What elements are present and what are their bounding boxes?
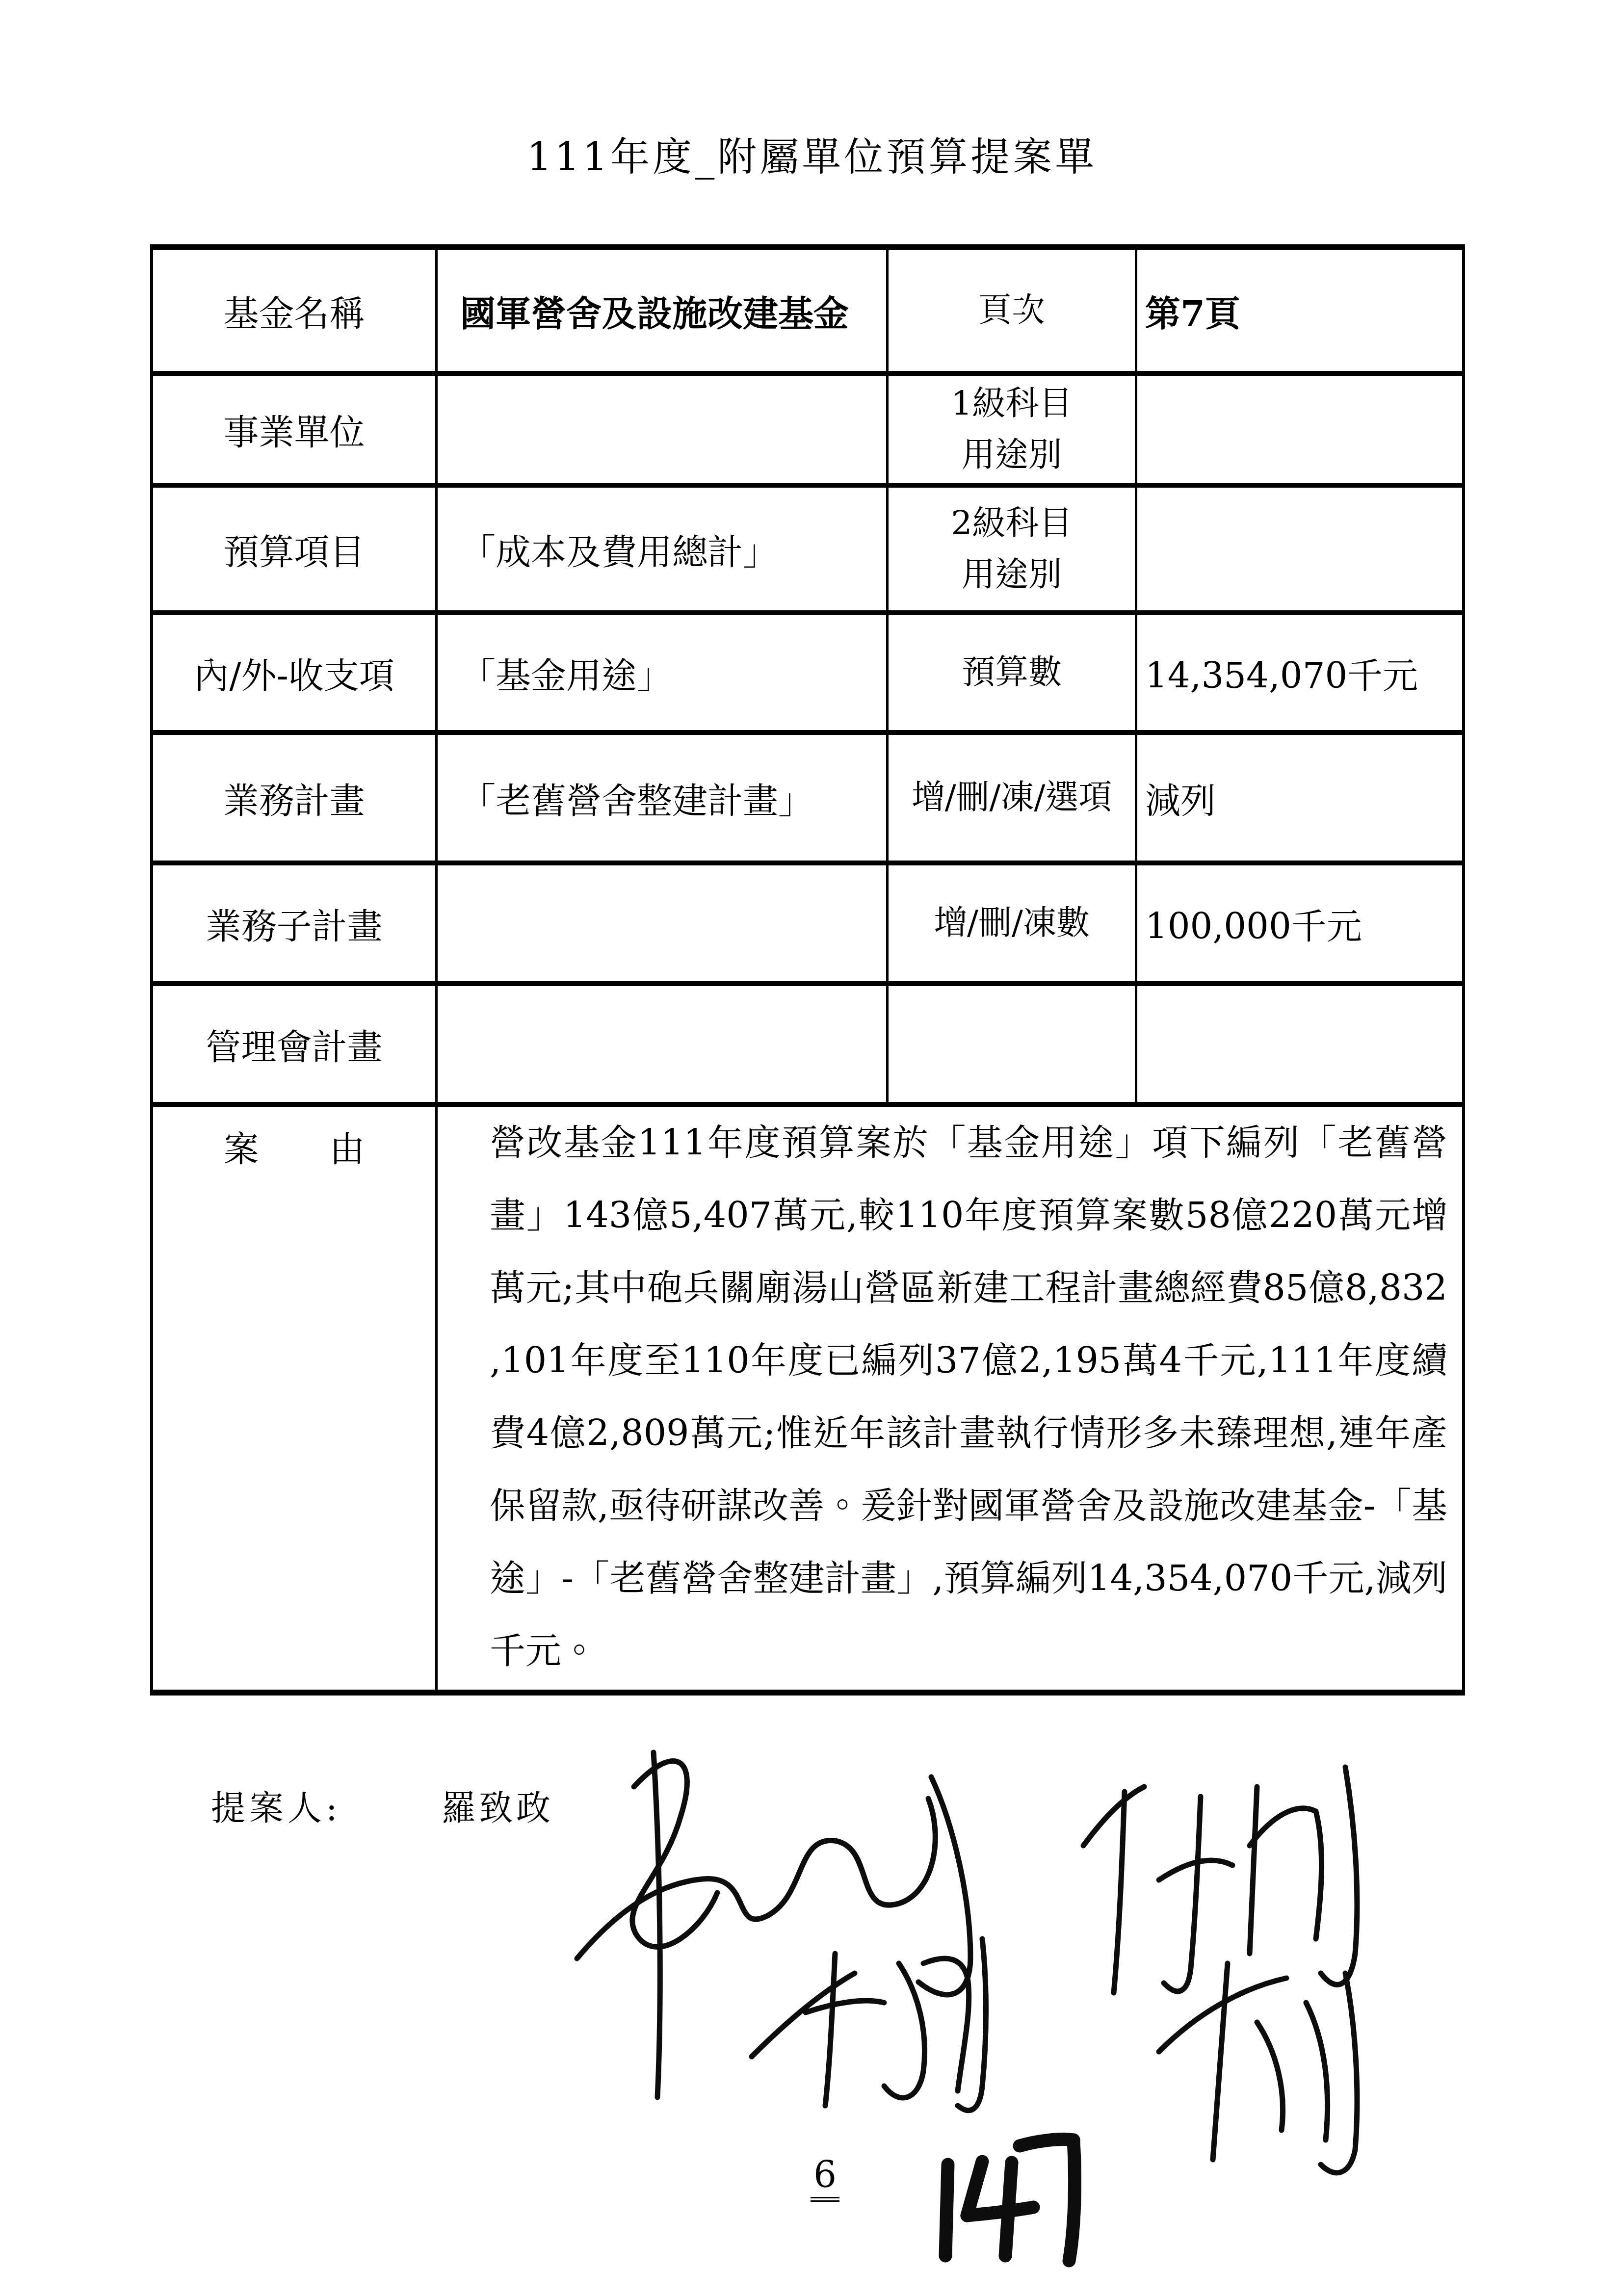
signature-2	[1083, 1767, 1357, 1993]
signature-1	[577, 1752, 970, 2097]
signature-4	[1159, 1963, 1357, 2173]
signature-3	[752, 1939, 986, 2111]
handwritten-ink-overlay	[0, 0, 1624, 2296]
page-number: 6	[811, 2154, 839, 2202]
handwritten-147	[945, 2139, 1075, 2261]
